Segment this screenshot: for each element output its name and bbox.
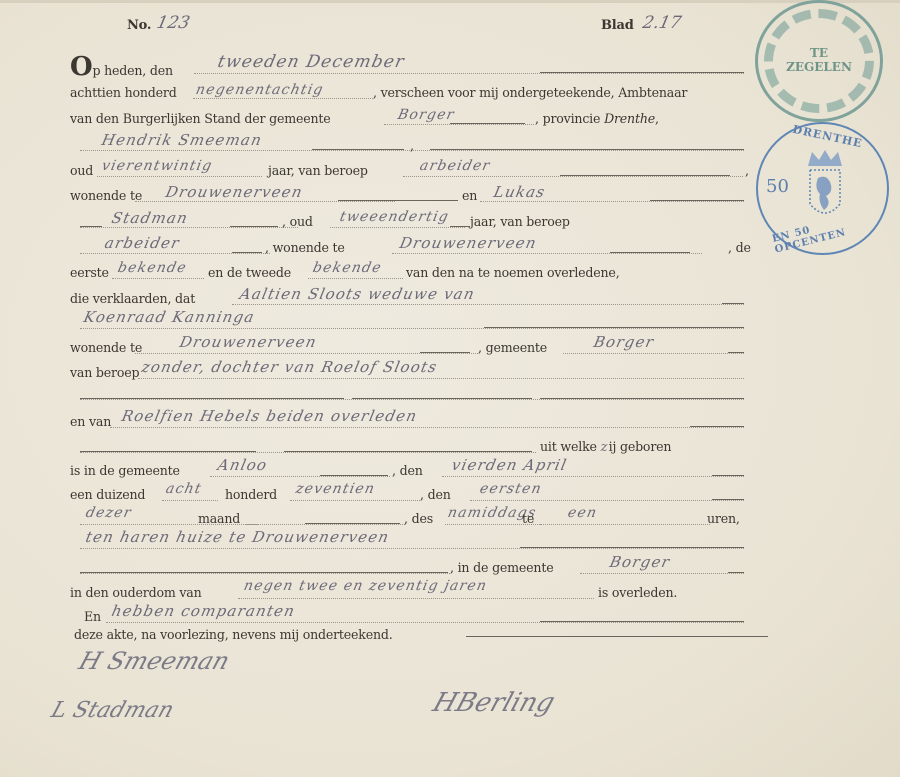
line4-fill-b: [430, 149, 744, 150]
page-edge: [0, 0, 900, 3]
line15-fill: [690, 426, 744, 427]
declarant2-age: tweeendertig: [338, 209, 450, 225]
line21-printed-a: , in de gemeente: [450, 560, 553, 575]
deceased-mother-name: Roelfien Hebels beiden overleden: [120, 407, 419, 425]
line7-fill-b: [230, 226, 278, 227]
line15-field: [110, 427, 744, 428]
line11-fill: [484, 327, 744, 328]
line8-printed-b: , de: [728, 240, 751, 255]
line17-fill-a: [320, 475, 388, 476]
signature-witness1: H Smeeman: [75, 647, 233, 675]
blad-value: 2.17: [641, 13, 683, 33]
death-municipality: Borger: [608, 553, 672, 571]
birth-day-month: vierden April: [450, 456, 569, 474]
death-year: negenentachtig: [194, 82, 325, 98]
line14-field: [80, 399, 744, 400]
line14-fill-b: [352, 398, 532, 399]
deceased-name: Aaltien Sloots weduwe van: [238, 285, 477, 303]
line16-fill-a: [80, 451, 256, 452]
declarant1-occupation: arbeider: [418, 158, 492, 174]
line7-fill-c: [450, 226, 470, 227]
geboren-label: ij geboren: [609, 439, 672, 454]
line5-fill: [560, 175, 730, 176]
line19-fill: [305, 523, 400, 524]
month-ref: dezer: [84, 505, 133, 521]
line19-printed-c: te: [522, 511, 534, 526]
line3-comma: ,: [655, 111, 659, 126]
province-label: , provincie: [535, 111, 600, 126]
number-label: No.: [127, 18, 151, 33]
line18-fill: [712, 499, 744, 500]
declarant2-residence: Drouwenerveen: [398, 234, 539, 252]
province-name: Drenthe: [604, 111, 655, 126]
line1-fill: [540, 72, 744, 73]
line24-printed: deze akte, na voorlezing, nevens mij ond…: [74, 627, 393, 642]
declarant2-surname: Stadman: [110, 209, 190, 227]
hour: een: [566, 505, 599, 521]
line9-printed-a: eerste: [70, 265, 109, 280]
declarant1-age: vierentwintig: [100, 158, 214, 174]
line18-printed-b: honderd: [225, 487, 277, 502]
line13-printed-a: van beroep: [70, 365, 139, 380]
signature-registrar: HBerling: [429, 688, 558, 718]
line10-printed-a: die verklaarden, dat: [70, 291, 195, 306]
declarant1-residence: Drouwenerveen: [164, 183, 305, 201]
line21-field-muni: [580, 573, 744, 574]
line19-field-b: [445, 524, 550, 525]
line5-comma: ,: [745, 163, 749, 178]
line4-comma: ,: [410, 138, 414, 153]
line18-printed-a: een duizend: [70, 487, 145, 502]
registrar-municipality: Borger: [396, 107, 456, 123]
line19-printed-d: uren,: [707, 511, 740, 526]
line12-field-muni: [563, 353, 744, 354]
line6-field-place: [135, 201, 395, 202]
number-value: 123: [155, 13, 192, 33]
line18-printed-c: , den: [420, 487, 451, 502]
stamp-line1: TE: [810, 47, 828, 61]
document-page: No. 123 Blad 2.17 TE ZEGELEN DRENTHE 50 …: [0, 0, 900, 777]
line2-field: [193, 98, 373, 99]
declarant2-occupation: arbeider: [103, 234, 181, 252]
age-at-death: negen twee en zeventig jaren: [242, 578, 488, 594]
line17-printed-b: , den: [392, 463, 423, 478]
line8-field-job: [80, 253, 270, 254]
line3-field: [384, 124, 534, 125]
line9-printed-b: en de tweede: [208, 265, 291, 280]
line19-printed-b: , des: [404, 511, 433, 526]
declarant2-relation: bekende: [311, 260, 383, 276]
line17-fill-b: [712, 475, 744, 476]
line5-printed-a: oud: [70, 163, 93, 178]
line12-printed-a: wonende te: [70, 340, 142, 355]
declarant1-relation: bekende: [116, 260, 188, 276]
line17-printed-a: is in de gemeente: [70, 463, 180, 478]
deceased-municipality: Borger: [592, 333, 656, 351]
stamp-line2: ZEGELEN: [786, 61, 852, 75]
blad-label: Blad: [601, 18, 634, 33]
line18-field-b: [290, 500, 420, 501]
line1-text: p heden, den: [92, 63, 173, 78]
gender-letter: z: [601, 440, 609, 455]
signature-witness2: L Stadman: [48, 698, 177, 723]
line7-printed-b: jaar, van beroep: [470, 214, 570, 229]
birth-place: Anloo: [216, 456, 269, 474]
line10-field: [232, 304, 744, 305]
line22-field: [238, 598, 594, 599]
uit-welke-label: uit welke: [540, 439, 597, 454]
line9-field-b: [308, 278, 403, 279]
closing-statement: hebben comparanten: [110, 602, 297, 620]
line8-printed-a: , wonende te: [265, 240, 345, 255]
stamp-top-text: DRENTHE: [791, 123, 863, 150]
line16-printed: uit welke zij geboren: [540, 439, 671, 455]
line3-printed-a: van den Burgerlijken Stand der gemeente: [70, 111, 331, 126]
line23-printed-a: En: [84, 609, 101, 624]
line6-printed-a: wonende te: [70, 188, 142, 203]
line4-fill-a: [312, 149, 404, 150]
line18-field-c: [470, 500, 744, 501]
line8-fill-b: [610, 252, 690, 253]
line9-printed-c: van den na te noemen overledene,: [406, 265, 620, 280]
death-day: eersten: [478, 481, 543, 497]
line21-fill-b: [728, 572, 744, 573]
line12-fill-a: [420, 352, 470, 353]
line22-printed-b: is overleden.: [598, 585, 677, 600]
line11-field: [80, 328, 744, 329]
drenthe-stamp: DRENTHE 50 EN 50 OPCENTEN: [756, 122, 889, 255]
line20-fill: [520, 547, 744, 548]
line21-fill-a: [80, 572, 448, 573]
line1-field: [194, 73, 744, 74]
line9-field-a: [112, 278, 204, 279]
line7-printed-a: , oud: [282, 214, 313, 229]
line24-fill: [466, 636, 768, 637]
deceased-occupation-parent: zonder, dochter van Roelof Sloots: [140, 358, 439, 376]
line6-fill-b: [650, 200, 744, 201]
line16-field: [80, 452, 536, 453]
line16-fill-b: [284, 451, 532, 452]
line23-fill: [540, 621, 744, 622]
line7-field-name: [80, 227, 298, 228]
line5-printed-b: jaar, van beroep: [268, 163, 368, 178]
line5-field-job: [403, 176, 743, 177]
line3-printed-b: , provincie Drenthe,: [535, 111, 659, 126]
line17-field-place: [210, 476, 390, 477]
line18-field-a: [162, 500, 218, 501]
death-place: ten haren huize te Drouwenerveen: [84, 528, 391, 546]
line5-field-age: [97, 176, 262, 177]
stamp-value: 50: [766, 176, 789, 197]
line1-printed: Op heden, den: [70, 54, 173, 80]
line19-field-blank: [245, 524, 405, 525]
birth-year: zeventien: [294, 481, 376, 497]
line6-printed-b: en: [462, 188, 477, 203]
declarant2-firstname: Lukas: [492, 183, 547, 201]
line2-printed-a: achttien honderd: [70, 85, 177, 100]
line14-fill-a: [80, 398, 344, 399]
initial-letter: O: [70, 52, 92, 82]
line3-fill: [450, 123, 525, 124]
line12-field-place: [135, 353, 478, 354]
line12-fill-b: [728, 352, 744, 353]
deceased-spouse: Koenraad Kanninga: [82, 308, 256, 326]
line8-fill-a: [232, 252, 262, 253]
line6-field-name: [480, 201, 744, 202]
line22-printed-a: in den ouderdom van: [70, 585, 202, 600]
line7-field-age: [330, 227, 465, 228]
line13-field: [138, 378, 744, 379]
deceased-residence: Drouwenerveen: [178, 333, 319, 351]
line19-field-c: [540, 524, 710, 525]
line6-fill-a: [338, 200, 458, 201]
line12-printed-b: , gemeente: [478, 340, 547, 355]
line20-field: [80, 548, 744, 549]
line17-field-date: [442, 476, 744, 477]
birth-century: acht: [164, 481, 203, 497]
line2-printed-b: , verscheen voor mij ondergeteekende, Am…: [373, 85, 687, 100]
line15-printed-a: en van: [70, 414, 111, 429]
line8-field-place: [392, 253, 702, 254]
death-date-day: tweeden December: [216, 52, 407, 72]
line19-printed-a: maand: [198, 511, 240, 526]
line14-fill-c: [540, 398, 744, 399]
line23-field: [106, 622, 744, 623]
te-zegelen-stamp: TE ZEGELEN: [755, 0, 883, 122]
line10-fill: [722, 303, 744, 304]
line21-field: [80, 573, 450, 574]
declarant1-name: Hendrik Smeeman: [100, 131, 264, 149]
